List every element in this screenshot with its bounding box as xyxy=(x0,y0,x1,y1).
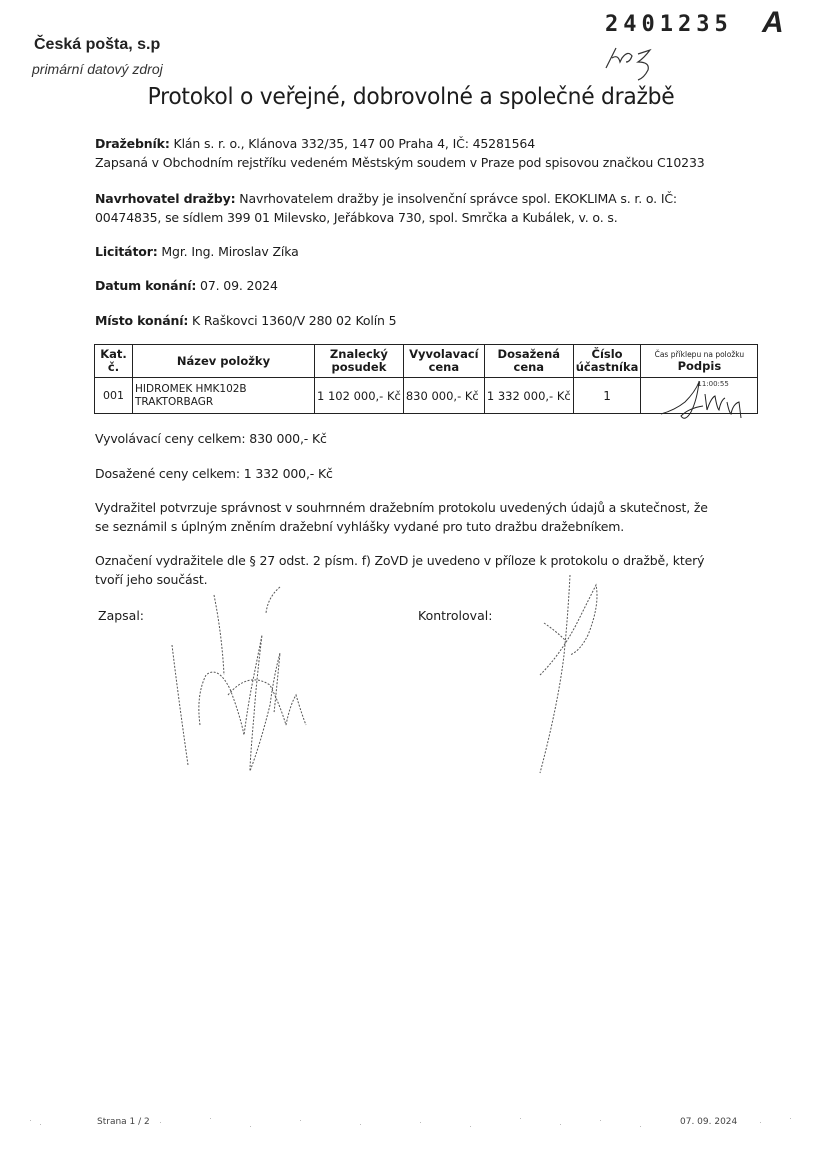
header-signature-label: Podpis xyxy=(643,360,755,373)
proposer-value-line2: 00474835, se sídlem 399 01 Milevsko, Jeř… xyxy=(95,208,755,227)
header-expert-line2: posudek xyxy=(332,360,387,374)
confirmation-line2: se seznámil s úplným zněním dražební vyh… xyxy=(95,517,755,536)
proposer-section: Navrhovatel dražby: Navrhovatelem dražby… xyxy=(95,189,755,227)
handwritten-initials-icon xyxy=(598,40,668,82)
header-item-name: Název položky xyxy=(133,345,315,378)
cell-signature: 11:00:55 xyxy=(641,378,758,414)
licitator-label: Licitátor: xyxy=(95,244,158,259)
licitator-value: Mgr. Ing. Miroslav Zíka xyxy=(161,244,298,259)
document-number: 2401235 xyxy=(605,12,733,37)
table-row: 001 HIDROMEK HMK102BTRAKTORBAGR 1 102 00… xyxy=(95,378,758,414)
header-achieved-line2: cena xyxy=(514,360,545,374)
scan-noise-decoration xyxy=(0,1100,822,1150)
recorded-by-signature-icon xyxy=(170,585,310,775)
cell-item-line1: HIDROMEK HMK102B xyxy=(135,383,247,395)
achieved-total: Dosažené ceny celkem: 1 332 000,- Kč xyxy=(95,464,755,483)
starting-total: Vyvolávací ceny celkem: 830 000,- Kč xyxy=(95,429,755,448)
header-expert-valuation: Znaleckýposudek xyxy=(315,345,404,378)
date-section: Datum konání: 07. 09. 2024 xyxy=(95,276,755,295)
recorded-by-label: Zapsal: xyxy=(98,608,144,623)
header-participant-line2: účastníka xyxy=(576,360,639,374)
header-starting-price: Vyvolavacícena xyxy=(403,345,484,378)
auctioneer-section: Dražebník: Klán s. r. o., Klánova 332/35… xyxy=(95,134,755,172)
cell-achieved-price: 1 332 000,- Kč xyxy=(484,378,573,414)
header-cat-no: Kat. č. xyxy=(95,345,133,378)
place-label: Místo konání: xyxy=(95,313,188,328)
header-starting-line1: Vyvolavací xyxy=(409,347,479,361)
place-value: K Raškovci 1360/V 280 02 Kolín 5 xyxy=(192,313,396,328)
cell-expert-valuation: 1 102 000,- Kč xyxy=(315,378,404,414)
designation-text: Označení vydražitele dle § 27 odst. 2 pí… xyxy=(95,551,755,589)
confirmation-text: Vydražitel potvrzuje správnost v souhrnn… xyxy=(95,498,755,536)
checked-by-signature-icon xyxy=(530,575,620,775)
cell-cat-no: 001 xyxy=(95,378,133,414)
stamp-organization: Česká pošta, s.p xyxy=(34,36,160,54)
place-section: Místo konání: K Raškovci 1360/V 280 02 K… xyxy=(95,311,755,330)
header-achieved-price: Dosaženácena xyxy=(484,345,573,378)
cell-participant-no: 1 xyxy=(573,378,641,414)
confirmation-line1: Vydražitel potvrzuje správnost v souhrnn… xyxy=(95,498,755,517)
header-starting-line2: cena xyxy=(429,360,460,374)
header-achieved-line1: Dosažená xyxy=(498,347,561,361)
stamp-subtitle: primární datový zdroj xyxy=(32,61,163,77)
header-expert-line1: Znalecký xyxy=(330,347,388,361)
header-hammer-time: Čas příklepu na položku xyxy=(643,350,755,360)
designation-line1: Označení vydražitele dle § 27 odst. 2 pí… xyxy=(95,551,755,570)
auctioneer-label: Dražebník: xyxy=(95,136,170,151)
proposer-value-line1: Navrhovatelem dražby je insolvenční sprá… xyxy=(239,191,677,206)
cell-item-line2: TRAKTORBAGR xyxy=(135,396,213,408)
handwritten-signature-icon xyxy=(655,378,751,422)
header-signature: Čas příklepu na položkuPodpis xyxy=(641,345,758,378)
table-header-row: Kat. č. Název položky Znaleckýposudek Vy… xyxy=(95,345,758,378)
header-participant-no: Čísloúčastníka xyxy=(573,345,641,378)
page-title: Protokol o veřejné, dobrovolné a společn… xyxy=(29,82,793,110)
header-participant-line1: Číslo xyxy=(592,347,623,361)
licitator-section: Licitátor: Mgr. Ing. Miroslav Zíka xyxy=(95,242,755,261)
document-letter: A xyxy=(762,6,784,40)
auctioneer-registration: Zapsaná v Obchodním rejstříku vedeném Mě… xyxy=(95,153,755,172)
date-value: 07. 09. 2024 xyxy=(200,278,278,293)
proposer-label: Navrhovatel dražby: xyxy=(95,191,235,206)
checked-by-label: Kontroloval: xyxy=(418,608,492,623)
auctioneer-value: Klán s. r. o., Klánova 332/35, 147 00 Pr… xyxy=(174,136,535,151)
cell-item-name: HIDROMEK HMK102BTRAKTORBAGR xyxy=(133,378,315,414)
date-label: Datum konání: xyxy=(95,278,196,293)
auction-items-table: Kat. č. Název položky Znaleckýposudek Vy… xyxy=(94,344,758,414)
cell-starting-price: 830 000,- Kč xyxy=(403,378,484,414)
